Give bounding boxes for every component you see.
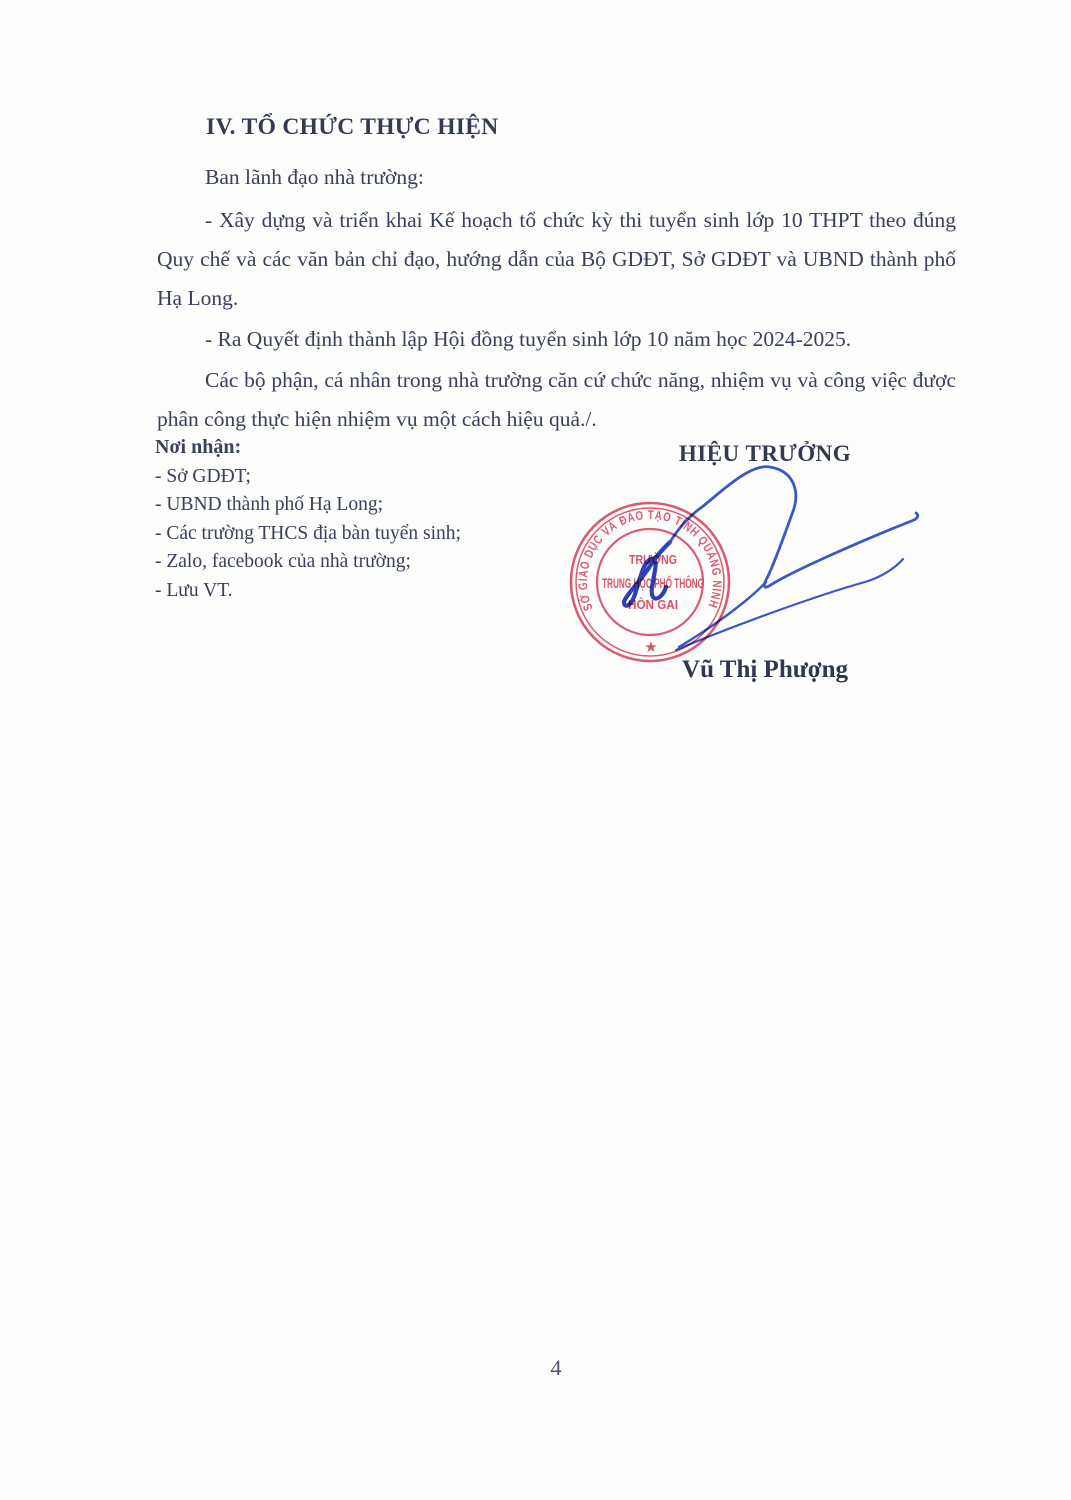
signature-descender-stroke — [679, 582, 766, 647]
recipient-item: - UBND thành phố Hạ Long; — [155, 491, 575, 520]
recipients-block: Nơi nhận: - Sở GDĐT; - UBND thành phố Hạ… — [155, 433, 575, 605]
paragraph: - Xây dựng và triển khai Kế hoạch tổ chứ… — [157, 201, 956, 318]
recipient-item: - Lưu VT. — [155, 577, 575, 606]
signature-underline-flourish — [676, 559, 903, 650]
document-page: IV. TỔ CHỨC THỰC HIỆN Ban lãnh đạo nhà t… — [0, 0, 1071, 1500]
recipients-label: Nơi nhận: — [155, 436, 241, 458]
paragraph: - Ra Quyết định thành lập Hội đồng tuyển… — [157, 320, 956, 359]
section-heading: IV. TỔ CHỨC THỰC HIỆN — [206, 112, 956, 142]
signature-main-loop — [670, 467, 918, 588]
recipient-item: - Sở GDĐT; — [155, 463, 575, 492]
recipient-item: - Các trường THCS địa bàn tuyển sinh; — [155, 520, 575, 549]
document-body: IV. TỔ CHỨC THỰC HIỆN Ban lãnh đạo nhà t… — [157, 112, 956, 439]
intro-line: Ban lãnh đạo nhà trường: — [157, 158, 956, 197]
paragraph: Các bộ phận, cá nhân trong nhà trường că… — [157, 361, 956, 439]
signer-name: Vũ Thị Phượng — [652, 656, 878, 684]
signature-initial-squiggle — [624, 542, 670, 606]
page-number: 4 — [526, 1355, 586, 1381]
recipient-item: - Zalo, facebook của nhà trường; — [155, 548, 575, 577]
handwritten-signature — [580, 450, 960, 685]
